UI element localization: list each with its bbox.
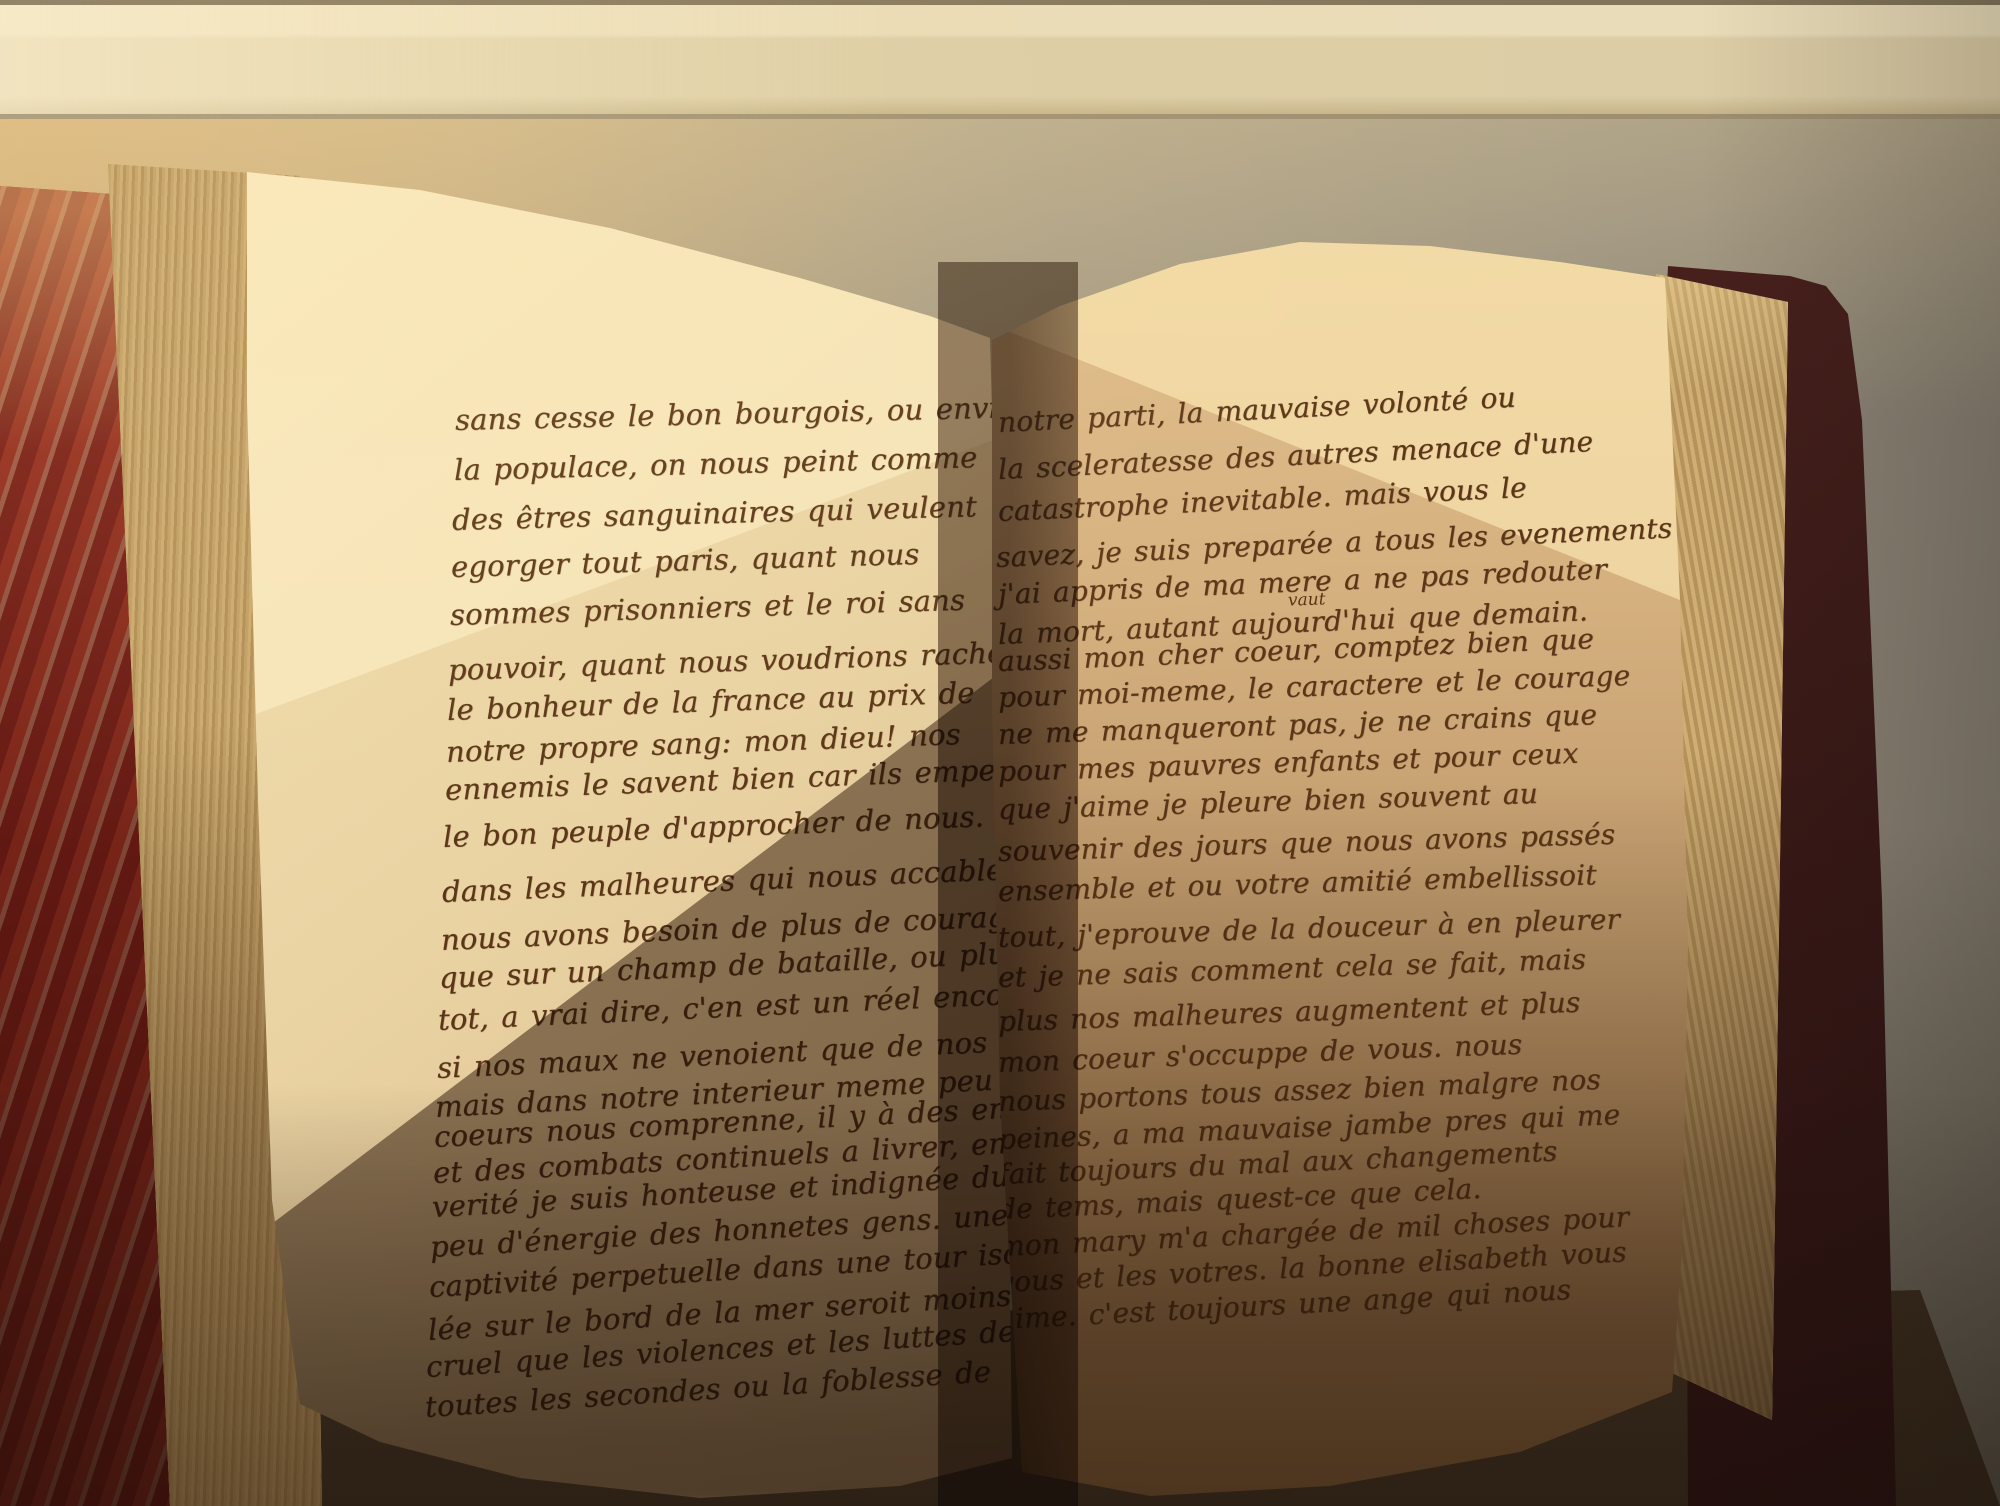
windowsill: [0, 0, 2000, 119]
photograph-open-manuscript-book: sans cesse le bon bourgois, ou envie la …: [0, 0, 2000, 1506]
sill-groove: [0, 0, 2000, 5]
